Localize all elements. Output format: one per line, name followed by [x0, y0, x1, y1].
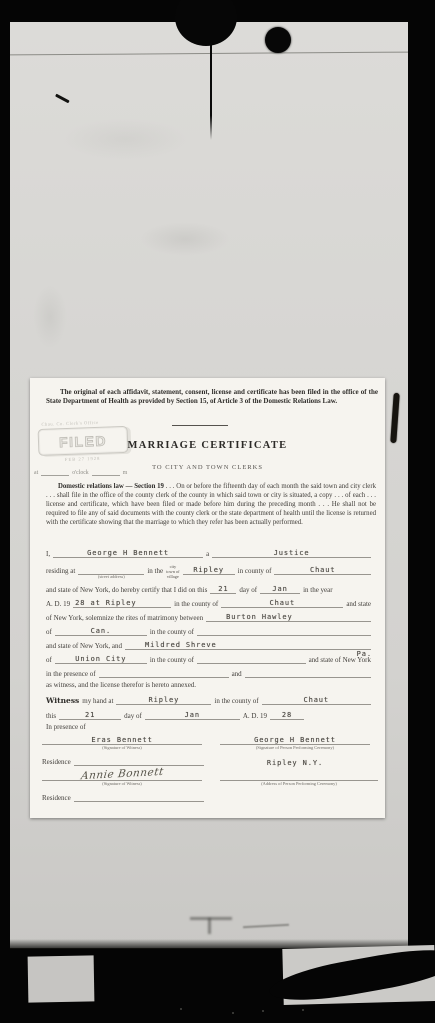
form-row-bride: and state of New York, and Mildred Shrev…: [46, 640, 371, 650]
form-row-bride-residence: of Union City in the county of and state…: [46, 654, 371, 664]
label-in-the-county-of: in the county of: [150, 628, 194, 636]
label-a: a: [206, 550, 209, 558]
year-place-value: 28 at Ripley: [75, 599, 136, 607]
presence1-field: [99, 668, 229, 678]
form-row-residence: residing at (street address) in the city…: [46, 565, 371, 575]
witness1-caption: (Signature of Witness): [42, 745, 202, 750]
microfilm-frame: The original of each affidavit, statemen…: [0, 0, 435, 1023]
smudge: [60, 118, 190, 160]
film-speck: [180, 1008, 182, 1010]
bride-name-field: Mildred Shreve: [125, 640, 371, 650]
town-field: Ripley: [183, 565, 235, 575]
witness2-signature-line: Annie Bonnett: [42, 764, 202, 781]
witness2-signature-block: Annie Bonnett (Signature of Witness): [42, 764, 202, 786]
film-speck: [262, 1010, 264, 1012]
film-speck: [302, 1009, 304, 1011]
label-in-the-county-of: in the county of: [174, 600, 218, 608]
form-row-groom: of New York, solemnize the rites of matr…: [46, 612, 371, 622]
form-row-officiant: I, George H Bennett a Justice: [46, 548, 371, 558]
label-in-the-county-of: in the county of: [214, 697, 258, 705]
label-and: and: [232, 670, 242, 678]
label-in-the-year: in the year: [303, 586, 333, 594]
label-in-county-of: in county of: [238, 567, 272, 575]
month-value: Jan: [272, 585, 287, 593]
label-residing-at: residing at: [46, 567, 75, 575]
witness-year-field: 28: [270, 710, 304, 720]
film-patch-left: [28, 955, 95, 1002]
street-address-caption: (street address): [78, 574, 144, 579]
witness-county-value: Chaut: [303, 696, 329, 704]
form-row-witness-date: this 21 day of Jan A. D. 19 28: [46, 710, 371, 720]
witness2-caption: (Signature of Witness): [42, 781, 202, 786]
label-solemnize: of New York, solemnize the rites of matr…: [46, 614, 203, 622]
residence2-row: Residence: [42, 792, 204, 802]
witness-year-value: 28: [282, 711, 292, 719]
groom-county-field: [197, 626, 371, 636]
officiant-name-field: George H Bennett: [53, 548, 203, 558]
groom-residence-value: Can.: [91, 627, 111, 635]
witness2-signature-value: Annie Bonnett: [80, 766, 164, 782]
bride-name-value: Mildred Shreve: [145, 641, 217, 649]
label-in-presence-of: in the presence of: [46, 670, 96, 678]
day-value: 21: [218, 585, 228, 593]
officiant-signature-block: George H Bennett (Signature of Person Pe…: [220, 734, 370, 750]
stamp-date: FEB 27 1928: [39, 455, 127, 463]
ink-t-mark: [208, 918, 211, 934]
label-in-the: in the: [147, 567, 163, 575]
smudge: [33, 285, 67, 349]
form-row-in-presence: In presence of: [46, 723, 371, 731]
label-ad19: A. D. 19: [46, 600, 70, 608]
witness-place-value: Ripley: [149, 696, 180, 704]
label-day-of: day of: [239, 586, 257, 594]
law-lead: Domestic relations law — Section 19: [58, 483, 164, 490]
form-row-witness-hand: Witness my hand at Ripley in the county …: [46, 695, 371, 705]
year-place-field: 28 at Ripley: [73, 598, 171, 608]
form-row-groom-residence: of Can. in the county of: [46, 626, 371, 636]
county2-value: Chaut: [270, 599, 296, 607]
witness-month-value: Jan: [185, 711, 200, 719]
label-of: of: [46, 656, 52, 664]
option-village: village: [166, 575, 180, 580]
officiant-signed-value: George H Bennett: [254, 736, 336, 744]
witness-county-field: Chaut: [262, 695, 371, 705]
bride-residence-value: Union City: [75, 655, 126, 663]
day-field: 21: [210, 584, 236, 594]
law-extract-paragraph: Domestic relations law — Section 19 . . …: [46, 482, 376, 527]
officiant-signature-line: George H Bennett: [220, 734, 370, 745]
bride-county-field: [197, 654, 306, 664]
officiant-caption: (Signature of Person Performing Ceremony…: [220, 745, 370, 750]
label-this: this: [46, 712, 56, 720]
town-value: Ripley: [193, 566, 224, 574]
certificate-title: MARRIAGE CERTIFICATE: [30, 440, 385, 451]
witness-place-field: Ripley: [116, 695, 211, 705]
form-row-witness-blanks: in the presence of and: [46, 668, 371, 678]
certificate-subtitle: TO CITY AND TOWN CLERKS: [30, 464, 385, 471]
marriage-certificate-document: The original of each affidavit, statemen…: [30, 378, 385, 818]
label-ad19-2: A. D. 19: [243, 712, 267, 720]
officiant-title-value: Justice: [274, 549, 310, 557]
label-my-hand-at: my hand at: [82, 697, 113, 705]
officiant-address-caption: (Address of Person Performing Ceremony): [220, 781, 378, 786]
county-field: Chaut: [274, 565, 371, 575]
residence2-field: [74, 792, 204, 802]
officiant-name-value: George H Bennett: [87, 549, 169, 557]
groom-residence-field: Can.: [55, 626, 147, 636]
month-field: Jan: [260, 584, 300, 594]
groom-name-field: Burton Hawley: [206, 612, 371, 622]
officiant-address-value: Ripley N.Y.: [267, 759, 323, 767]
smudge: [140, 222, 230, 256]
label-in-presence-of2: In presence of: [46, 723, 86, 731]
ink-t-mark: [190, 917, 232, 920]
witness-day-field: 21: [59, 710, 121, 720]
officiant-address-block: (Address of Person Performing Ceremony): [220, 770, 378, 786]
groom-name-value: Burton Hawley: [226, 613, 293, 621]
presence2-field: [245, 668, 371, 678]
witness-day-value: 21: [85, 711, 95, 719]
punch-hole-mark: [265, 27, 291, 53]
city-town-village-options: city town of village: [166, 565, 180, 579]
label-of: of: [46, 628, 52, 636]
stamp-office-line: Chau. Co. Clerk's Office: [33, 418, 155, 427]
witness1-signature-line: Eras Bennett: [42, 734, 202, 745]
form-row-year-place: A. D. 19 28 at Ripley in the county of C…: [46, 598, 371, 608]
filing-notice-paragraph: The original of each affidavit, statemen…: [46, 388, 378, 405]
label-residence2: Residence: [42, 794, 71, 802]
officiant-title-field: Justice: [212, 548, 371, 558]
witness1-signature-block: Eras Bennett (Signature of Witness): [42, 734, 202, 750]
film-speck: [232, 1012, 234, 1014]
bride-state-value: Pa.: [357, 650, 372, 658]
film-scratch-line: [210, 42, 212, 140]
label-in-the-county-of: in the county of: [150, 656, 194, 664]
officiant-address-row: Ripley N.Y.: [220, 752, 370, 770]
county2-field: Chaut: [221, 598, 343, 608]
form-row-annexed: as witness, and the license therefor is …: [46, 681, 371, 689]
street-address-field: (street address): [78, 565, 144, 575]
label-certify: and state of New York, do hereby certify…: [46, 586, 207, 594]
label-witness-gothic: Witness: [46, 697, 79, 705]
form-row-date: and state of New York, do hereby certify…: [46, 584, 371, 594]
label-and-state: and state: [346, 600, 371, 608]
label-and-state-ny-and: and state of New York, and: [46, 642, 122, 650]
bride-residence-field: Union City: [55, 654, 147, 664]
county-value: Chaut: [310, 566, 336, 574]
witness-month-field: Jan: [145, 710, 240, 720]
label-day-of2: day of: [124, 712, 142, 720]
officiant-address-line: [220, 770, 378, 781]
divider-rule: [172, 425, 228, 426]
label-i: I,: [46, 550, 50, 558]
witness1-name-value: Eras Bennett: [91, 736, 152, 744]
label-as-witness: as witness, and the license therefor is …: [46, 681, 196, 689]
